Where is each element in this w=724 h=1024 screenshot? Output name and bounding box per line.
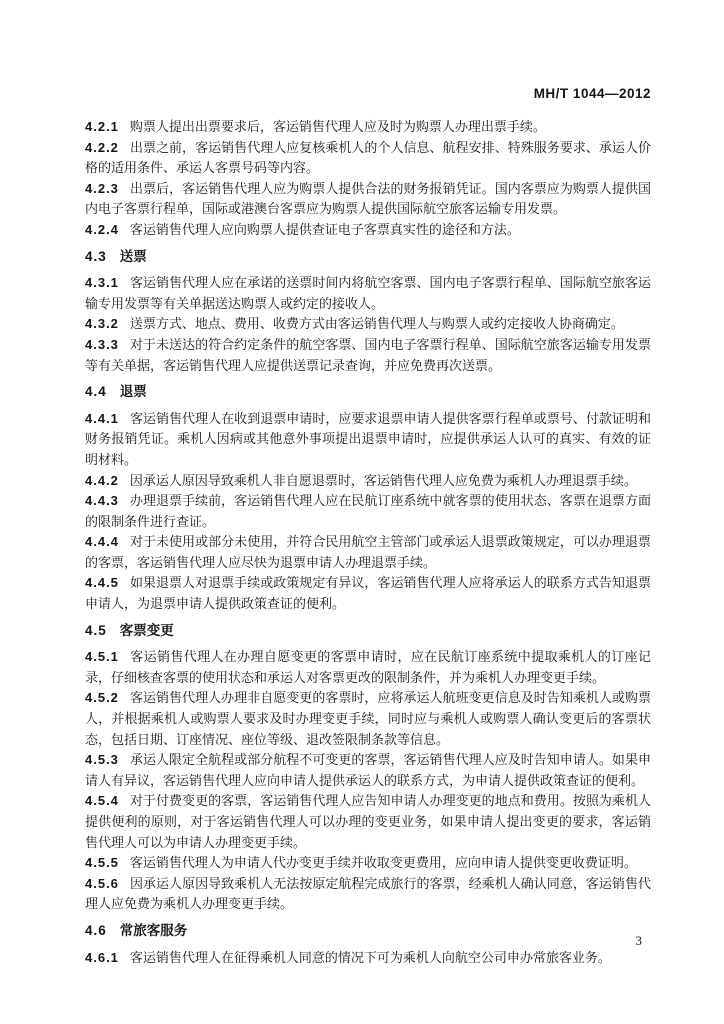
section-heading-4.6: 4.6常旅客服务	[85, 921, 651, 942]
document-footer: 3	[636, 933, 643, 949]
clause-text: 出票之前，客运销售代理人应复核乘机人的个人信息、航程安排、特殊服务要求、承运人价…	[85, 140, 651, 176]
clause-text: 客运销售代理人在收到退票申请时，应要求退票申请人提供客票行程单或票号、付款证明和…	[85, 411, 651, 467]
clause-text: 客运销售代理人办理非自愿变更的客票时，应将承运人航班变更信息及时告知乘机人或购票…	[85, 690, 651, 746]
clause-number: 4.5.6	[85, 876, 119, 891]
clause-4.3.1: 4.3.1客运销售代理人应在承诺的送票时间内将航空客票、国内电子客票行程单、国际…	[85, 273, 651, 314]
document-page: MH/T 1044—2012 4.2.1购票人提出出票要求后，客运销售代理人应及…	[0, 0, 724, 1024]
clause-text: 如果退票人对退票手续或政策规定有异议，客运销售代理人应将承运人的联系方式告知退票…	[85, 575, 651, 611]
clause-number: 4.6.1	[85, 950, 119, 965]
clause-4.5.5: 4.5.5客运销售代理人为申请人代办变更手续并收取变更费用，应向申请人提供变更收…	[85, 853, 651, 874]
clause-number: 4.4.2	[85, 473, 119, 488]
clause-number: 4.2.4	[85, 222, 119, 237]
clause-text: 对于付费变更的客票，客运销售代理人应告知申请人办理变更的地点和费用。按照为乘机人…	[85, 793, 651, 849]
clause-number: 4.2.1	[85, 119, 119, 134]
section-number: 4.5	[85, 623, 107, 638]
standard-number: MH/T 1044—2012	[534, 86, 651, 101]
clause-number: 4.3.2	[85, 316, 119, 331]
document-content: MH/T 1044—2012 4.2.1购票人提出出票要求后，客运销售代理人应及…	[85, 86, 651, 968]
clause-number: 4.5.3	[85, 752, 119, 767]
clause-number: 4.4.1	[85, 411, 119, 426]
clause-number: 4.3.3	[85, 337, 119, 352]
clause-4.5.2: 4.5.2客运销售代理人办理非自愿变更的客票时，应将承运人航班变更信息及时告知乘…	[85, 688, 651, 750]
clause-text: 客运销售代理人在办理自愿变更的客票申请时，应在民航订座系统中提取乘机人的订座记录…	[85, 649, 651, 685]
document-header: MH/T 1044—2012	[85, 86, 651, 101]
clause-4.2.4: 4.2.4客运销售代理人应向购票人提供查证电子客票真实性的途径和方法。	[85, 220, 651, 241]
clause-text: 送票方式、地点、费用、收费方式由客运销售代理人与购票人或约定接收人协商确定。	[130, 316, 624, 331]
clause-number: 4.5.1	[85, 649, 119, 664]
clause-text: 办理退票手续前，客运销售代理人应在民航订座系统中就客票的使用状态、客票在退票方面…	[85, 493, 651, 529]
clause-number: 4.5.2	[85, 690, 119, 705]
clause-number: 4.5.5	[85, 855, 119, 870]
clause-4.5.6: 4.5.6因承运人原因导致乘机人无法按原定航程完成旅行的客票，经乘机人确认同意，…	[85, 874, 651, 915]
section-title: 退票	[120, 384, 147, 399]
section-title: 常旅客服务	[120, 923, 188, 938]
clause-number: 4.4.3	[85, 493, 119, 508]
section-heading-4.3: 4.3送票	[85, 247, 651, 268]
document-body: 4.2.1购票人提出出票要求后，客运销售代理人应及时为购票人办理出票手续。4.2…	[85, 117, 651, 968]
clause-4.3.2: 4.3.2送票方式、地点、费用、收费方式由客运销售代理人与购票人或约定接收人协商…	[85, 314, 651, 335]
clause-4.4.2: 4.4.2因承运人原因导致乘机人非自愿退票时，客运销售代理人应免费为乘机人办理退…	[85, 471, 651, 492]
clause-4.4.1: 4.4.1客运销售代理人在收到退票申请时，应要求退票申请人提供客票行程单或票号、…	[85, 409, 651, 471]
clause-text: 客运销售代理人在征得乘机人同意的情况下可为乘机人向航空公司申办常旅客业务。	[130, 950, 611, 965]
section-number: 4.4	[85, 384, 107, 399]
clause-text: 对于未送达的符合约定条件的航空客票、国内电子客票行程单、国际航空旅客运输专用发票…	[85, 337, 651, 373]
clause-4.4.5: 4.4.5如果退票人对退票手续或政策规定有异议，客运销售代理人应将承运人的联系方…	[85, 573, 651, 614]
clause-text: 因承运人原因导致乘机人无法按原定航程完成旅行的客票，经乘机人确认同意，客运销售代…	[85, 876, 651, 912]
clause-text: 客运销售代理人应向购票人提供查证电子客票真实性的途径和方法。	[130, 222, 520, 237]
clause-number: 4.2.3	[85, 181, 119, 196]
clause-text: 购票人提出出票要求后，客运销售代理人应及时为购票人办理出票手续。	[130, 119, 546, 134]
section-number: 4.6	[85, 923, 107, 938]
clause-4.3.3: 4.3.3对于未送达的符合约定条件的航空客票、国内电子客票行程单、国际航空旅客运…	[85, 335, 651, 376]
clause-text: 出票后，客运销售代理人应为购票人提供合法的财务报销凭证。国内客票应为购票人提供国…	[85, 181, 651, 217]
section-title: 送票	[120, 249, 147, 264]
page-number: 3	[636, 933, 643, 948]
clause-4.6.1: 4.6.1客运销售代理人在征得乘机人同意的情况下可为乘机人向航空公司申办常旅客业…	[85, 948, 651, 969]
clause-number: 4.5.4	[85, 793, 119, 808]
section-title: 客票变更	[120, 623, 174, 638]
clause-number: 4.4.5	[85, 575, 119, 590]
section-number: 4.3	[85, 249, 107, 264]
clause-number: 4.4.4	[85, 534, 119, 549]
clause-number: 4.3.1	[85, 275, 119, 290]
clause-4.2.3: 4.2.3出票后，客运销售代理人应为购票人提供合法的财务报销凭证。国内客票应为购…	[85, 179, 651, 220]
clause-4.2.1: 4.2.1购票人提出出票要求后，客运销售代理人应及时为购票人办理出票手续。	[85, 117, 651, 138]
clause-text: 承运人限定全航程或部分航程不可变更的客票，客运销售代理人应及时告知申请人。如果申…	[85, 752, 651, 788]
clause-4.5.4: 4.5.4对于付费变更的客票，客运销售代理人应告知申请人办理变更的地点和费用。按…	[85, 791, 651, 853]
clause-4.4.3: 4.4.3办理退票手续前，客运销售代理人应在民航订座系统中就客票的使用状态、客票…	[85, 491, 651, 532]
clause-4.4.4: 4.4.4对于未使用或部分未使用，并符合民用航空主管部门或承运人退票政策规定，可…	[85, 532, 651, 573]
clause-4.5.3: 4.5.3承运人限定全航程或部分航程不可变更的客票，客运销售代理人应及时告知申请…	[85, 750, 651, 791]
clause-text: 因承运人原因导致乘机人非自愿退票时，客运销售代理人应免费为乘机人办理退票手续。	[130, 473, 637, 488]
section-heading-4.4: 4.4退票	[85, 382, 651, 403]
clause-text: 客运销售代理人应在承诺的送票时间内将航空客票、国内电子客票行程单、国际航空旅客运…	[85, 275, 651, 311]
clause-text: 对于未使用或部分未使用，并符合民用航空主管部门或承运人退票政策规定，可以办理退票…	[85, 534, 651, 570]
clause-number: 4.2.2	[85, 140, 119, 155]
clause-text: 客运销售代理人为申请人代办变更手续并收取变更费用，应向申请人提供变更收费证明。	[130, 855, 637, 870]
section-heading-4.5: 4.5客票变更	[85, 621, 651, 642]
clause-4.2.2: 4.2.2出票之前，客运销售代理人应复核乘机人的个人信息、航程安排、特殊服务要求…	[85, 138, 651, 179]
clause-4.5.1: 4.5.1客运销售代理人在办理自愿变更的客票申请时，应在民航订座系统中提取乘机人…	[85, 647, 651, 688]
